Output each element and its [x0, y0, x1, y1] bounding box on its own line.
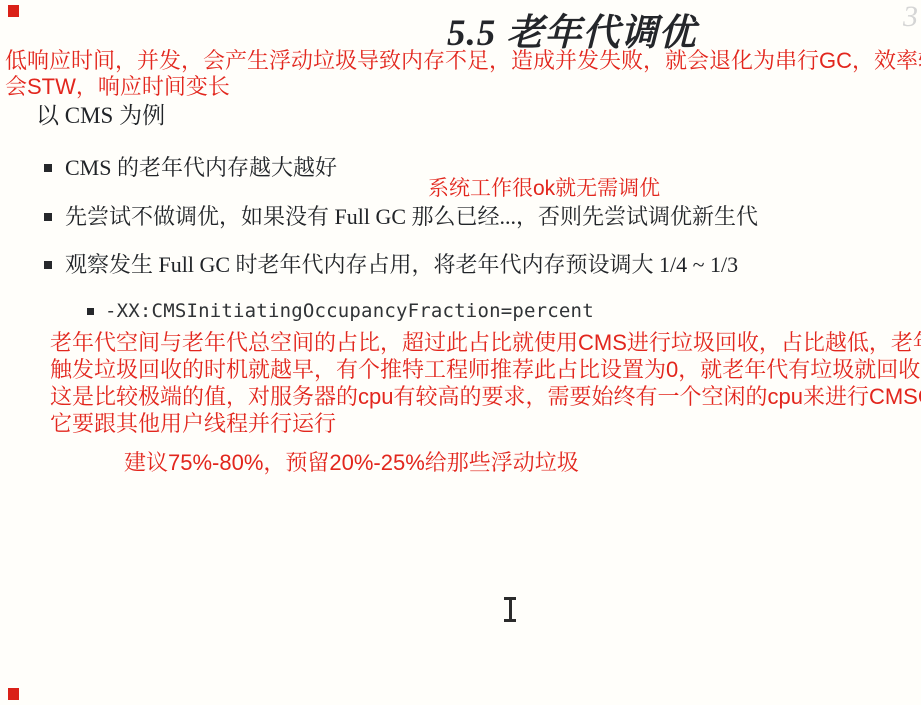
annotation-fraction-line1: 老年代空间与老年代总空间的占比，超过此占比就使用CMS进行垃圾回收，占比越低，老…: [50, 329, 921, 356]
bullet-text: 观察发生 Full GC 时老年代内存占用，将老年代内存预设调大 1/4 ~ 1…: [65, 250, 738, 280]
slide-page: 3 5.5 老年代调优 低响应时间，并发，会产生浮动垃圾导致内存不足，造成并发失…: [0, 0, 921, 705]
corner-glyph: 3: [903, 0, 918, 34]
annotation-top-note-line1: 低响应时间，并发，会产生浮动垃圾导致内存不足，造成并发失败，就会退化为串行GC，…: [5, 48, 917, 74]
bullet-square-icon: [87, 308, 94, 315]
code-bullet-row: -XX:CMSInitiatingOccupancyFraction=perce…: [87, 300, 594, 322]
annotation-fraction-line3: 这是比较极端的值，对服务器的cpu有较高的要求，需要始终有一个空闲的cpu来进行…: [50, 383, 921, 410]
annotation-fraction-line2: 触发垃圾回收的时机就越早，有个推特工程师推荐此占比设置为0，就老年代有垃圾就回收…: [50, 356, 921, 383]
slide-subtitle: 以 CMS 为例: [36, 97, 165, 130]
text-cursor-icon: [503, 597, 517, 622]
recording-marker-top-left-icon: [8, 5, 19, 17]
bullet-text: CMS 的老年代内存越大越好: [65, 153, 337, 183]
bullet-square-icon: [44, 213, 52, 221]
bullet-text: 先尝试不做调优，如果没有 Full GC 那么已经...，否则先尝试调优新生代: [65, 202, 758, 232]
text-cursor-stem: [509, 599, 512, 620]
annotation-fraction-note: 老年代空间与老年代总空间的占比，超过此占比就使用CMS进行垃圾回收，占比越低，老…: [50, 329, 921, 437]
bullet-item-cms-memory: CMS 的老年代内存越大越好: [44, 153, 337, 183]
bullet-square-icon: [44, 164, 52, 172]
bullet-item-observe-fullgc: 观察发生 Full GC 时老年代内存占用，将老年代内存预设调大 1/4 ~ 1…: [44, 250, 738, 280]
bullet-item-try-no-tuning: 先尝试不做调优，如果没有 Full GC 那么已经...，否则先尝试调优新生代: [44, 202, 758, 232]
bullet-square-icon: [44, 261, 52, 269]
recording-marker-bottom-left-icon: [8, 688, 19, 700]
text-cursor-bottom-bar: [504, 619, 516, 622]
annotation-suggestion-note: 建议75%-80%，预留20%-25%给那些浮动垃圾: [124, 446, 579, 477]
annotation-fraction-line4: 它要跟其他用户线程并行运行: [50, 410, 921, 437]
annotation-ok-note: 系统工作很ok就无需调优: [428, 172, 660, 202]
annotation-top-note: 低响应时间，并发，会产生浮动垃圾导致内存不足，造成并发失败，就会退化为串行GC，…: [5, 48, 917, 100]
jvm-flag-code: -XX:CMSInitiatingOccupancyFraction=perce…: [105, 300, 594, 322]
